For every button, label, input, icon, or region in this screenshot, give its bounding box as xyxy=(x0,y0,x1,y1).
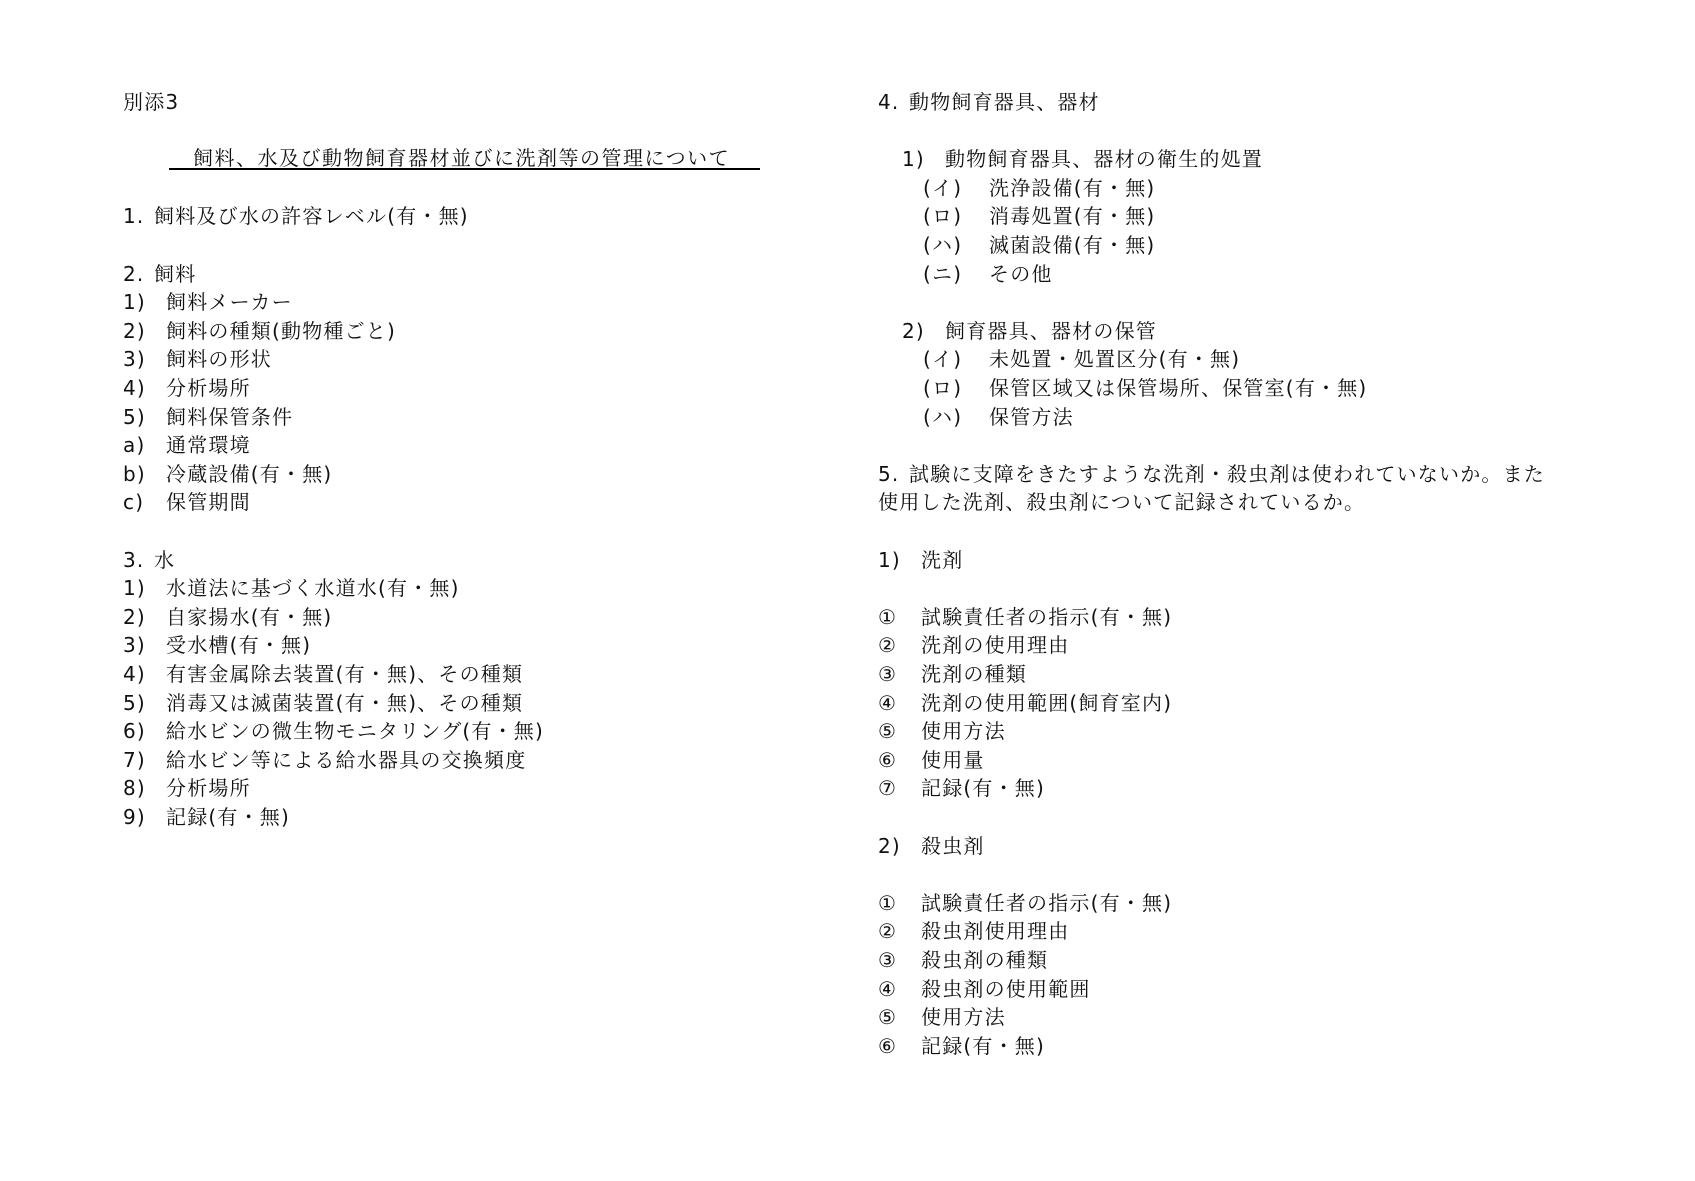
item-text: 殺虫剤使用理由 xyxy=(921,919,1069,943)
item-marker: 2. xyxy=(123,262,154,286)
list-item: ④殺虫剤の使用範囲 xyxy=(878,977,1091,1001)
item-text: 動物飼育器具、器材の衛生的処置 xyxy=(945,147,1263,171)
list-item: b)冷蔵設備(有・無) xyxy=(123,462,332,486)
item-marker: (イ) xyxy=(923,347,989,371)
list-item: ④洗剤の使用範囲(飼育室内) xyxy=(878,691,1172,715)
list-item: ③洗剤の種類 xyxy=(878,662,1027,686)
list-item: 2)自家揚水(有・無) xyxy=(123,605,332,629)
document-title: 飼料、水及び動物飼育器材並びに洗剤等の管理について xyxy=(169,146,760,170)
item-text: 試験責任者の指示(有・無) xyxy=(921,605,1172,629)
item-marker: ⑤ xyxy=(878,1005,921,1029)
item-marker: a) xyxy=(123,433,166,457)
item-marker: 2) xyxy=(123,319,166,343)
item-marker: 3. xyxy=(123,548,154,572)
attachment-label: 別添3 xyxy=(123,90,179,114)
item-marker: (ロ) xyxy=(923,376,989,400)
item-text: 殺虫剤の使用範囲 xyxy=(921,977,1091,1001)
item-marker: 1) xyxy=(902,147,945,171)
list-item: 4)分析場所 xyxy=(123,376,251,400)
list-item: 2)殺虫剤 xyxy=(878,834,985,858)
item-marker: 4) xyxy=(123,376,166,400)
list-item: (ロ)消毒処置(有・無) xyxy=(923,204,1155,228)
list-item: (イ)未処置・処置区分(有・無) xyxy=(923,347,1240,371)
item-text: 洗剤の種類 xyxy=(921,662,1027,686)
list-item: (ニ)その他 xyxy=(923,262,1053,286)
list-item: ⑤使用方法 xyxy=(878,1005,1006,1029)
list-item: 1)飼料メーカー xyxy=(123,290,293,314)
item-marker: 9) xyxy=(123,805,166,829)
item-text: 洗剤の使用理由 xyxy=(921,633,1069,657)
list-item: ①試験責任者の指示(有・無) xyxy=(878,891,1172,915)
list-item: (イ)洗浄設備(有・無) xyxy=(923,176,1155,200)
item-text: 洗剤の使用範囲(飼育室内) xyxy=(921,691,1172,715)
list-item: (ハ)保管方法 xyxy=(923,405,1074,429)
list-item: 3)受水槽(有・無) xyxy=(123,633,311,657)
list-item: ⑥記録(有・無) xyxy=(878,1034,1045,1058)
item-text: 水 xyxy=(154,548,175,572)
item-text: 記録(有・無) xyxy=(921,776,1045,800)
list-item: ⑥使用量 xyxy=(878,748,985,772)
item-text: 飼料メーカー xyxy=(166,290,293,314)
item-marker: 1) xyxy=(878,548,921,572)
item-marker: 5) xyxy=(123,691,166,715)
list-item: (ハ)滅菌設備(有・無) xyxy=(923,233,1155,257)
document-page: 別添3 飼料、水及び動物飼育器材並びに洗剤等の管理について 1.飼料及び水の許容… xyxy=(0,0,1695,1181)
list-item: 2.飼料 xyxy=(123,262,196,286)
item-text: 自家揚水(有・無) xyxy=(166,605,332,629)
item-text: 飼料の形状 xyxy=(166,347,272,371)
item-text: 給水ビン等による給水器具の交換頻度 xyxy=(166,748,526,772)
item-text: 水道法に基づく水道水(有・無) xyxy=(166,576,460,600)
item-marker: 2) xyxy=(878,834,921,858)
item-text: 試験責任者の指示(有・無) xyxy=(921,891,1172,915)
list-item: ①試験責任者の指示(有・無) xyxy=(878,605,1172,629)
item-marker: 3) xyxy=(123,347,166,371)
item-text: 通常環境 xyxy=(166,433,251,457)
list-item: 5)飼料保管条件 xyxy=(123,405,293,429)
item-marker: 5. xyxy=(878,462,909,486)
list-item: 2)飼料の種類(動物種ごと) xyxy=(123,319,396,343)
list-item: 1.飼料及び水の許容レベル(有・無) xyxy=(123,204,469,228)
item-marker: (ニ) xyxy=(923,262,989,286)
item-text: 飼料保管条件 xyxy=(166,405,293,429)
item-marker: ④ xyxy=(878,691,921,715)
item-marker: 8) xyxy=(123,776,166,800)
item-marker: 3) xyxy=(123,633,166,657)
list-item: 1)動物飼育器具、器材の衛生的処置 xyxy=(902,147,1263,171)
item-marker: ④ xyxy=(878,977,921,1001)
item-marker: 1. xyxy=(123,204,154,228)
item-text: 滅菌設備(有・無) xyxy=(989,233,1155,257)
item-text: 使用方法 xyxy=(921,719,1006,743)
item-text: 飼料の種類(動物種ごと) xyxy=(166,319,396,343)
list-item: 4.動物飼育器具、器材 xyxy=(878,90,1100,114)
item-marker: 4) xyxy=(123,662,166,686)
item-text: 保管期間 xyxy=(166,490,251,514)
item-marker: (ロ) xyxy=(923,204,989,228)
item-text: 飼料 xyxy=(154,262,196,286)
item-text: 保管方法 xyxy=(989,405,1074,429)
list-item: ⑤使用方法 xyxy=(878,719,1006,743)
item-text: 消毒処置(有・無) xyxy=(989,204,1155,228)
item-text: 給水ビンの微生物モニタリング(有・無) xyxy=(166,719,544,743)
item-marker: 1) xyxy=(123,576,166,600)
item-text: 洗浄設備(有・無) xyxy=(989,176,1155,200)
item-marker: 1) xyxy=(123,290,166,314)
list-item: 5.試験に支障をきたすような洗剤・殺虫剤は使われていないか。また xyxy=(878,462,1545,486)
list-item: 4)有害金属除去装置(有・無)、その種類 xyxy=(123,662,523,686)
item-marker: ⑥ xyxy=(878,1034,921,1058)
list-item: 3.水 xyxy=(123,548,175,572)
item-marker: ② xyxy=(878,919,921,943)
item-text: 洗剤 xyxy=(921,548,963,572)
item-text: 受水槽(有・無) xyxy=(166,633,311,657)
list-item: 6)給水ビンの微生物モニタリング(有・無) xyxy=(123,719,544,743)
item-marker: ③ xyxy=(878,948,921,972)
list-item: ③殺虫剤の種類 xyxy=(878,948,1048,972)
item-text: 分析場所 xyxy=(166,376,251,400)
item-text: 消毒又は滅菌装置(有・無)、その種類 xyxy=(166,691,523,715)
list-item: 2)飼育器具、器材の保管 xyxy=(902,319,1157,343)
item-marker: ① xyxy=(878,605,921,629)
item-text: 使用量 xyxy=(921,748,985,772)
item-text: 殺虫剤 xyxy=(921,834,985,858)
item-text: 分析場所 xyxy=(166,776,251,800)
item-text: 飼育器具、器材の保管 xyxy=(945,319,1157,343)
list-item: 使用した洗剤、殺虫剤について記録されているか。 xyxy=(878,490,1365,514)
list-item: (ロ)保管区域又は保管場所、保管室(有・無) xyxy=(923,376,1367,400)
list-item: ②洗剤の使用理由 xyxy=(878,633,1069,657)
list-item: 9)記録(有・無) xyxy=(123,805,290,829)
item-text: 使用方法 xyxy=(921,1005,1006,1029)
item-text: 記録(有・無) xyxy=(921,1034,1045,1058)
item-text: 試験に支障をきたすような洗剤・殺虫剤は使われていないか。また xyxy=(909,462,1545,486)
item-text: 飼料及び水の許容レベル(有・無) xyxy=(154,204,469,228)
item-marker: 2) xyxy=(123,605,166,629)
item-marker: ⑦ xyxy=(878,776,921,800)
item-text: 殺虫剤の種類 xyxy=(921,948,1048,972)
list-item: 1)水道法に基づく水道水(有・無) xyxy=(123,576,460,600)
item-marker: (イ) xyxy=(923,176,989,200)
list-item: 7)給水ビン等による給水器具の交換頻度 xyxy=(123,748,526,772)
item-text: 記録(有・無) xyxy=(166,805,290,829)
item-marker: ① xyxy=(878,891,921,915)
item-text: 保管区域又は保管場所、保管室(有・無) xyxy=(989,376,1367,400)
item-marker: (ハ) xyxy=(923,405,989,429)
list-item: 5)消毒又は滅菌装置(有・無)、その種類 xyxy=(123,691,523,715)
item-marker: 6) xyxy=(123,719,166,743)
item-text: その他 xyxy=(989,262,1053,286)
item-marker: 2) xyxy=(902,319,945,343)
list-item: 8)分析場所 xyxy=(123,776,251,800)
list-item: 1)洗剤 xyxy=(878,548,963,572)
list-item: a)通常環境 xyxy=(123,433,251,457)
item-text: 有害金属除去装置(有・無)、その種類 xyxy=(166,662,523,686)
list-item: ②殺虫剤使用理由 xyxy=(878,919,1069,943)
item-text: 使用した洗剤、殺虫剤について記録されているか。 xyxy=(878,490,1365,514)
item-marker: ⑥ xyxy=(878,748,921,772)
item-text: 冷蔵設備(有・無) xyxy=(166,462,332,486)
item-marker: 5) xyxy=(123,405,166,429)
item-marker: c) xyxy=(123,490,166,514)
list-item: c)保管期間 xyxy=(123,490,251,514)
item-marker: b) xyxy=(123,462,166,486)
list-item: ⑦記録(有・無) xyxy=(878,776,1045,800)
item-marker: 4. xyxy=(878,90,909,114)
item-marker: ⑤ xyxy=(878,719,921,743)
item-marker: ② xyxy=(878,633,921,657)
item-text: 未処置・処置区分(有・無) xyxy=(989,347,1240,371)
list-item: 3)飼料の形状 xyxy=(123,347,272,371)
item-marker: ③ xyxy=(878,662,921,686)
item-text: 動物飼育器具、器材 xyxy=(909,90,1100,114)
item-marker: (ハ) xyxy=(923,233,989,257)
item-marker: 7) xyxy=(123,748,166,772)
